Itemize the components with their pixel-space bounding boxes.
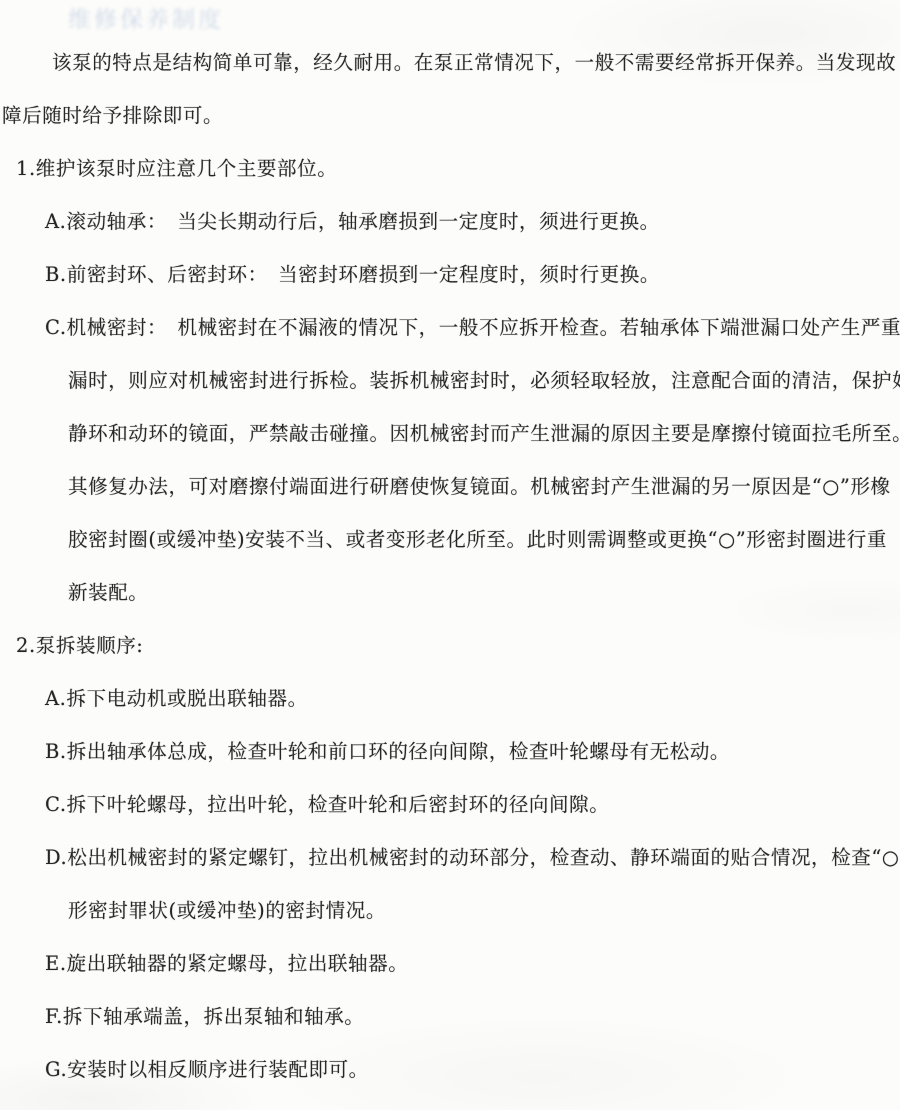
section2-item-c: C.拆下叶轮螺母，拉出叶轮，检查叶轮和后密封环的径向间隙。 (0, 778, 900, 831)
section1-item-b: B.前密封环、后密封环： 当密封环磨损到一定程度时，须时行更换。 (0, 248, 900, 301)
section1-item-c-line-1: C.机械密封： 机械密封在不漏液的情况下，一般不应拆开检查。若轴承体下端泄漏口处… (0, 301, 900, 354)
section1-item-c-line-5: 胶密封圈(或缓冲垫)安装不当、或者变形老化所至。此时则需调整或更换“○”形密封圈… (0, 513, 900, 566)
section1-item-c-line-3: 静环和动环的镜面，严禁敲击碰撞。因机械密封而产生泄漏的原因主要是摩擦付镜面拉毛所… (0, 407, 900, 460)
section2-item-a: A.拆下电动机或脱出联轴器。 (0, 672, 900, 725)
faded-header-text: 维修保养制度 (68, 1, 224, 34)
document-body: 该泵的特点是结构简单可靠，经久耐用。在泵正常情况下，一般不需要经常拆开保养。当发… (0, 36, 900, 1096)
scanned-document-page: 维修保养制度 该泵的特点是结构简单可靠，经久耐用。在泵正常情况下，一般不需要经常… (0, 0, 900, 1110)
section2-item-e: E.旋出联轴器的紧定螺母，拉出联轴器。 (0, 937, 900, 990)
section2-heading: 2.泵拆装顺序: (0, 619, 900, 672)
section1-item-a: A.滚动轴承： 当尖长期动行后，轴承磨损到一定度时，须进行更换。 (0, 195, 900, 248)
section1-item-c-line-6: 新装配。 (0, 566, 900, 619)
section2-item-d-line-1: D.松出机械密封的紧定螺钉，拉出机械密封的动环部分，检查动、静环端面的贴合情况，… (0, 831, 900, 884)
section1-heading: 1.维护该泵时应注意几个主要部位。 (0, 142, 900, 195)
section2-item-g: G.安装时以相反顺序进行装配即可。 (0, 1043, 900, 1096)
section2-item-d-line-2: 形密封罪状(或缓冲垫)的密封情况。 (0, 884, 900, 937)
intro-line-2: 障后随时给予排除即可。 (0, 89, 900, 142)
section1-item-c-line-2: 漏时，则应对机械密封进行拆检。装拆机械密封时，必须轻取轻放，注意配合面的清洁，保… (0, 354, 900, 407)
section1-item-c-line-4: 其修复办法，可对磨擦付端面进行研磨使恢复镜面。机械密封产生泄漏的另一原因是“○”… (0, 460, 900, 513)
section2-item-f: F.拆下轴承端盖，拆出泵轴和轴承。 (0, 990, 900, 1043)
section2-item-b: B.拆出轴承体总成，检查叶轮和前口环的径向间隙，检查叶轮螺母有无松动。 (0, 725, 900, 778)
intro-line-1: 该泵的特点是结构简单可靠，经久耐用。在泵正常情况下，一般不需要经常拆开保养。当发… (0, 36, 900, 89)
